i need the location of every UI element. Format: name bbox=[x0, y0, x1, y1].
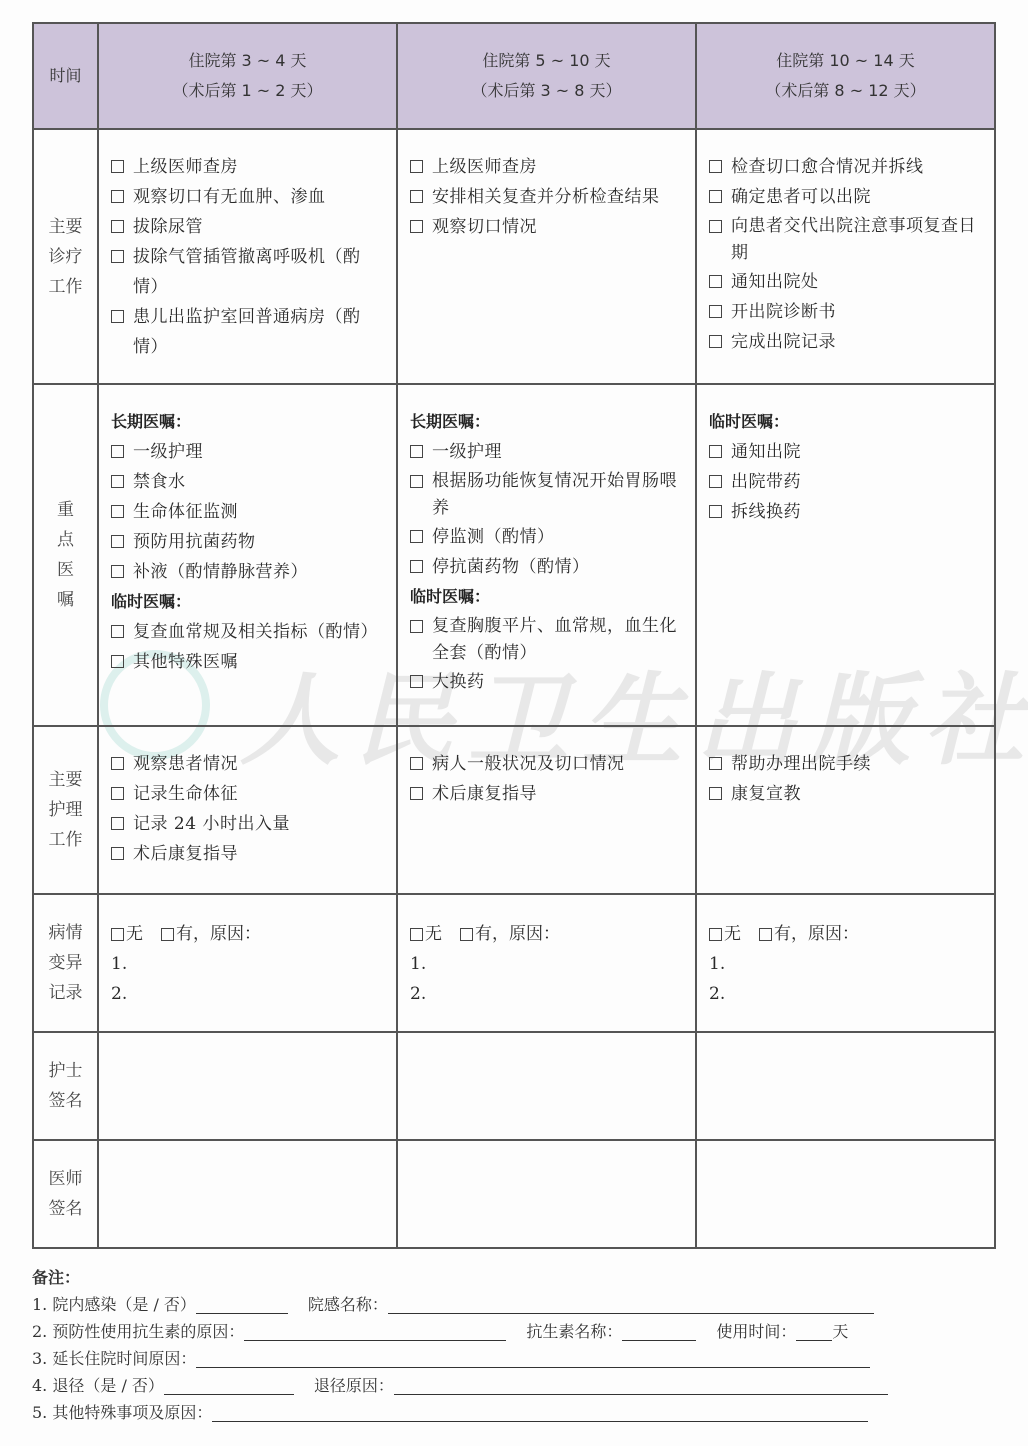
option-yes[interactable]: 有，原因： bbox=[460, 919, 560, 949]
checklist-item[interactable]: 检查切口愈合情况并拆线 bbox=[709, 152, 984, 182]
temporary-orders-title: 临时医嘱： bbox=[410, 582, 685, 612]
checkbox-icon[interactable] bbox=[410, 675, 423, 688]
item-label: 上级医师查房 bbox=[432, 152, 685, 182]
variation-reason-2[interactable]: 2. bbox=[111, 979, 386, 1009]
item-label: 术后康复指导 bbox=[133, 839, 386, 869]
variation-col-3: 无 有，原因： 1. 2. bbox=[696, 894, 995, 1032]
remarks-section: 备注： 1. 院内感染（是 / 否） 院感名称： 2. 预防性使用抗生素的原因：… bbox=[32, 1264, 888, 1426]
checkbox-icon[interactable] bbox=[709, 475, 722, 488]
checkbox-icon[interactable] bbox=[111, 757, 124, 770]
checkbox-icon[interactable] bbox=[709, 505, 722, 518]
row-label-nursing: 主要 护理 工作 bbox=[33, 726, 98, 894]
option-none-label: 无 bbox=[425, 919, 442, 949]
item-label: 观察切口有无血肿、渗血 bbox=[133, 182, 386, 212]
checkbox-icon[interactable] bbox=[111, 847, 124, 860]
checklist-item[interactable]: 补液（酌情静脉营养） bbox=[111, 557, 386, 587]
checkbox-icon[interactable] bbox=[111, 310, 124, 323]
label-line: 签名 bbox=[34, 1086, 97, 1116]
checkbox-icon[interactable] bbox=[161, 928, 174, 941]
option-none[interactable]: 无 bbox=[410, 919, 442, 949]
row-label-orders: 重 点 医 嘱 bbox=[33, 384, 98, 726]
checkbox-icon[interactable] bbox=[111, 655, 124, 668]
label-line: 护理 bbox=[34, 795, 97, 825]
item-label: 记录生命体征 bbox=[133, 779, 386, 809]
label-line: 重 bbox=[34, 495, 97, 525]
orders-col-1: 长期医嘱： 一级护理 禁食水 生命体征监测 预防用抗菌药物 补液（酌情静脉营养）… bbox=[98, 384, 397, 726]
checklist-item[interactable]: 通知出院处 bbox=[709, 267, 984, 297]
remark-2-label: 2. 预防性使用抗生素的原因： bbox=[32, 1318, 244, 1345]
checklist-item[interactable]: 停抗菌药物（酌情） bbox=[410, 552, 685, 582]
checklist-item[interactable]: 上级医师查房 bbox=[111, 152, 386, 182]
infection-yes-no-blank[interactable] bbox=[196, 1293, 288, 1314]
checkbox-icon[interactable] bbox=[709, 445, 722, 458]
checkbox-icon[interactable] bbox=[410, 160, 423, 173]
item-label: 拔除尿管 bbox=[133, 212, 386, 242]
diagnosis-col-1: 上级医师查房 观察切口有无血肿、渗血 拔除尿管 拔除气管插管撤离呼吸机（酌情） … bbox=[98, 129, 397, 384]
nurse-signature-col-1[interactable] bbox=[98, 1032, 397, 1140]
item-label: 确定患者可以出院 bbox=[731, 182, 984, 212]
checkbox-icon[interactable] bbox=[709, 275, 722, 288]
doctor-signature-col-2[interactable] bbox=[397, 1140, 696, 1248]
label-line: 护士 bbox=[34, 1056, 97, 1086]
checklist-item[interactable]: 预防用抗菌药物 bbox=[111, 527, 386, 557]
header-col-2-postop: （术后第 3 ~ 8 天） bbox=[398, 76, 695, 106]
checkbox-icon[interactable] bbox=[111, 565, 124, 578]
option-yes[interactable]: 有，原因： bbox=[161, 919, 261, 949]
checkbox-icon[interactable] bbox=[410, 475, 423, 488]
item-label: 病人一般状况及切口情况 bbox=[432, 749, 685, 779]
header-col-1: 住院第 3 ~ 4 天 （术后第 1 ~ 2 天） bbox=[98, 23, 397, 129]
antibiotic-name-label: 抗生素名称： bbox=[526, 1318, 622, 1345]
checklist-item[interactable]: 复查胸腹平片、血常规，血生化全套（酌情） bbox=[410, 612, 685, 667]
checklist-item[interactable]: 观察切口情况 bbox=[410, 212, 685, 242]
withdrawal-yes-no-blank[interactable] bbox=[164, 1374, 294, 1395]
row-nurse-signature: 护士 签名 bbox=[33, 1032, 995, 1140]
checkbox-icon[interactable] bbox=[460, 928, 473, 941]
checkbox-icon[interactable] bbox=[111, 505, 124, 518]
checklist-item[interactable]: 患儿出监护室回普通病房（酌情） bbox=[111, 302, 386, 362]
checkbox-icon[interactable] bbox=[410, 620, 423, 633]
item-label: 开出院诊断书 bbox=[731, 297, 984, 327]
checkbox-icon[interactable] bbox=[111, 445, 124, 458]
label-line: 变异 bbox=[34, 948, 97, 978]
item-label: 一级护理 bbox=[432, 437, 685, 467]
checkbox-icon[interactable] bbox=[111, 928, 124, 941]
checkbox-icon[interactable] bbox=[410, 190, 423, 203]
nurse-signature-col-2[interactable] bbox=[397, 1032, 696, 1140]
item-label: 生命体征监测 bbox=[133, 497, 386, 527]
checkbox-icon[interactable] bbox=[410, 928, 423, 941]
remark-4: 4. 退径（是 / 否） 退径原因： bbox=[32, 1372, 888, 1399]
row-nursing: 主要 护理 工作 观察患者情况 记录生命体征 记录 24 小时出入量 术后康复指… bbox=[33, 726, 995, 894]
row-label-variation: 病情 变异 记录 bbox=[33, 894, 98, 1032]
checklist-item[interactable]: 禁食水 bbox=[111, 467, 386, 497]
item-label: 通知出院 bbox=[731, 437, 984, 467]
checklist-item[interactable]: 拆线换药 bbox=[709, 497, 984, 527]
checkbox-icon[interactable] bbox=[410, 445, 423, 458]
checkbox-icon[interactable] bbox=[111, 817, 124, 830]
other-matters-blank[interactable] bbox=[212, 1401, 868, 1422]
checklist-item[interactable]: 观察患者情况 bbox=[111, 749, 386, 779]
remark-5-label: 5. 其他特殊事项及原因： bbox=[32, 1399, 212, 1426]
checklist-item[interactable]: 安排相关复查并分析检查结果 bbox=[410, 182, 685, 212]
checklist-item[interactable]: 帮助办理出院手续 bbox=[709, 749, 984, 779]
checkbox-icon[interactable] bbox=[709, 335, 722, 348]
label-line: 签名 bbox=[34, 1194, 97, 1224]
checkbox-icon[interactable] bbox=[410, 220, 423, 233]
item-label: 术后康复指导 bbox=[432, 779, 685, 809]
checkbox-icon[interactable] bbox=[111, 160, 124, 173]
infection-name-blank[interactable] bbox=[388, 1293, 874, 1314]
variation-options: 无 有，原因： bbox=[410, 919, 685, 949]
checkbox-icon[interactable] bbox=[111, 625, 124, 638]
remark-4-label: 4. 退径（是 / 否） bbox=[32, 1372, 164, 1399]
checkbox-icon[interactable] bbox=[759, 928, 772, 941]
checklist-item[interactable]: 出院带药 bbox=[709, 467, 984, 497]
checklist-item[interactable]: 生命体征监测 bbox=[111, 497, 386, 527]
item-label: 通知出院处 bbox=[731, 267, 984, 297]
remark-5: 5. 其他特殊事项及原因： bbox=[32, 1399, 888, 1426]
remark-3: 3. 延长住院时间原因： bbox=[32, 1345, 888, 1372]
checkbox-icon[interactable] bbox=[709, 160, 722, 173]
checklist-item[interactable]: 观察切口有无血肿、渗血 bbox=[111, 182, 386, 212]
item-label: 向患者交代出院注意事项复查日期 bbox=[731, 212, 984, 267]
header-col-3-days: 住院第 10 ~ 14 天 bbox=[697, 46, 994, 76]
variation-options: 无 有，原因： bbox=[111, 919, 386, 949]
checklist-item[interactable]: 其他特殊医嘱 bbox=[111, 647, 386, 677]
row-doctor-signature: 医师 签名 bbox=[33, 1140, 995, 1248]
label-line: 主要 bbox=[34, 765, 97, 795]
checkbox-icon[interactable] bbox=[111, 250, 124, 263]
header-col-1-postop: （术后第 1 ~ 2 天） bbox=[99, 76, 396, 106]
checklist-item[interactable]: 开出院诊断书 bbox=[709, 297, 984, 327]
item-label: 根据肠功能恢复情况开始胃肠喂养 bbox=[432, 467, 685, 522]
item-label: 安排相关复查并分析检查结果 bbox=[432, 182, 685, 212]
label-line: 工作 bbox=[34, 825, 97, 855]
nursing-col-2: 病人一般状况及切口情况 术后康复指导 bbox=[397, 726, 696, 894]
checklist-item[interactable]: 停监测（酌情） bbox=[410, 522, 685, 552]
header-col-3: 住院第 10 ~ 14 天 （术后第 8 ~ 12 天） bbox=[696, 23, 995, 129]
checklist-item[interactable]: 康复宣教 bbox=[709, 779, 984, 809]
checkbox-icon[interactable] bbox=[709, 190, 722, 203]
remarks-title: 备注： bbox=[32, 1264, 888, 1291]
row-label-diagnosis: 主要 诊疗 工作 bbox=[33, 129, 98, 384]
diagnosis-col-2: 上级医师查房 安排相关复查并分析检查结果 观察切口情况 bbox=[397, 129, 696, 384]
antibiotic-name-blank[interactable] bbox=[622, 1320, 696, 1341]
label-line: 点 bbox=[34, 525, 97, 555]
checklist-item[interactable]: 完成出院记录 bbox=[709, 327, 984, 357]
doctor-signature-col-1[interactable] bbox=[98, 1140, 397, 1248]
label-line: 记录 bbox=[34, 978, 97, 1008]
item-label: 拔除气管插管撤离呼吸机（酌情） bbox=[133, 242, 386, 302]
item-label: 大换药 bbox=[432, 667, 685, 697]
variation-reason-2[interactable]: 2. bbox=[709, 979, 984, 1009]
label-line: 医 bbox=[34, 555, 97, 585]
usage-time-blank[interactable] bbox=[796, 1320, 832, 1341]
header-col-1-days: 住院第 3 ~ 4 天 bbox=[99, 46, 396, 76]
remark-1-name-label: 院感名称： bbox=[308, 1291, 388, 1318]
item-label: 康复宣教 bbox=[731, 779, 984, 809]
option-none-label: 无 bbox=[724, 919, 741, 949]
withdrawal-reason-label: 退径原因： bbox=[314, 1372, 394, 1399]
item-label: 观察患者情况 bbox=[133, 749, 386, 779]
checkbox-icon[interactable] bbox=[410, 757, 423, 770]
header-col-2-days: 住院第 5 ~ 10 天 bbox=[398, 46, 695, 76]
orders-col-2: 长期医嘱： 一级护理 根据肠功能恢复情况开始胃肠喂养 停监测（酌情） 停抗菌药物… bbox=[397, 384, 696, 726]
remark-1: 1. 院内感染（是 / 否） 院感名称： bbox=[32, 1291, 888, 1318]
checklist-item[interactable]: 上级医师查房 bbox=[410, 152, 685, 182]
item-label: 记录 24 小时出入量 bbox=[133, 809, 386, 839]
extended-stay-reason-blank[interactable] bbox=[196, 1347, 870, 1368]
checklist-item[interactable]: 根据肠功能恢复情况开始胃肠喂养 bbox=[410, 467, 685, 522]
long-term-orders-title: 长期医嘱： bbox=[410, 407, 685, 437]
checklist-item[interactable]: 拔除尿管 bbox=[111, 212, 386, 242]
checkbox-icon[interactable] bbox=[709, 220, 722, 233]
item-label: 一级护理 bbox=[133, 437, 386, 467]
diagnosis-col-3: 检查切口愈合情况并拆线 确定患者可以出院 向患者交代出院注意事项复查日期 通知出… bbox=[696, 129, 995, 384]
option-yes-label: 有，原因： bbox=[176, 919, 261, 949]
checkbox-icon[interactable] bbox=[410, 787, 423, 800]
usage-time-label: 使用时间： bbox=[716, 1318, 796, 1345]
row-variation: 病情 变异 记录 无 有，原因： 1. 2. 无 有，原因： 1. 2. 无 有… bbox=[33, 894, 995, 1032]
checkbox-icon[interactable] bbox=[111, 535, 124, 548]
temporary-orders-title: 临时医嘱： bbox=[111, 587, 386, 617]
nurse-signature-col-3[interactable] bbox=[696, 1032, 995, 1140]
item-label: 检查切口愈合情况并拆线 bbox=[731, 152, 984, 182]
label-line: 工作 bbox=[34, 272, 97, 302]
item-label: 禁食水 bbox=[133, 467, 386, 497]
checkbox-icon[interactable] bbox=[709, 757, 722, 770]
checkbox-icon[interactable] bbox=[410, 530, 423, 543]
item-label: 复查血常规及相关指标（酌情） bbox=[133, 617, 386, 647]
header-time: 时间 bbox=[33, 23, 98, 129]
item-label: 上级医师查房 bbox=[133, 152, 386, 182]
checkbox-icon[interactable] bbox=[709, 928, 722, 941]
variation-reason-2[interactable]: 2. bbox=[410, 979, 685, 1009]
header-col-2: 住院第 5 ~ 10 天 （术后第 3 ~ 8 天） bbox=[397, 23, 696, 129]
checklist-item[interactable]: 向患者交代出院注意事项复查日期 bbox=[709, 212, 984, 267]
antibiotic-reason-blank[interactable] bbox=[244, 1320, 506, 1341]
label-line: 主要 bbox=[34, 212, 97, 242]
remark-1-label: 1. 院内感染（是 / 否） bbox=[32, 1291, 196, 1318]
variation-reason-1[interactable]: 1. bbox=[410, 949, 685, 979]
checklist-item[interactable]: 拔除气管插管撤离呼吸机（酌情） bbox=[111, 242, 386, 302]
withdrawal-reason-blank[interactable] bbox=[394, 1374, 888, 1395]
checklist-item[interactable]: 术后康复指导 bbox=[111, 839, 386, 869]
checkbox-icon[interactable] bbox=[410, 560, 423, 573]
checkbox-icon[interactable] bbox=[709, 305, 722, 318]
temporary-orders-title: 临时医嘱： bbox=[709, 407, 984, 437]
item-label: 完成出院记录 bbox=[731, 327, 984, 357]
label-line: 嘱 bbox=[34, 585, 97, 615]
label-line: 病情 bbox=[34, 918, 97, 948]
row-label-nurse-signature: 护士 签名 bbox=[33, 1032, 98, 1140]
row-diagnosis: 主要 诊疗 工作 上级医师查房 观察切口有无血肿、渗血 拔除尿管 拔除气管插管撤… bbox=[33, 129, 995, 384]
item-label: 帮助办理出院手续 bbox=[731, 749, 984, 779]
remark-3-label: 3. 延长住院时间原因： bbox=[32, 1345, 196, 1372]
checklist-item[interactable]: 记录 24 小时出入量 bbox=[111, 809, 386, 839]
nursing-col-3: 帮助办理出院手续 康复宣教 bbox=[696, 726, 995, 894]
variation-col-1: 无 有，原因： 1. 2. bbox=[98, 894, 397, 1032]
clinical-pathway-table: 时间 住院第 3 ~ 4 天 （术后第 1 ~ 2 天） 住院第 5 ~ 10 … bbox=[32, 22, 996, 1249]
checklist-item[interactable]: 复查血常规及相关指标（酌情） bbox=[111, 617, 386, 647]
item-label: 其他特殊医嘱 bbox=[133, 647, 386, 677]
item-label: 停监测（酌情） bbox=[432, 522, 685, 552]
item-label: 停抗菌药物（酌情） bbox=[432, 552, 685, 582]
label-line: 医师 bbox=[34, 1164, 97, 1194]
option-none[interactable]: 无 bbox=[111, 919, 143, 949]
row-orders: 重 点 医 嘱 长期医嘱： 一级护理 禁食水 生命体征监测 预防用抗菌药物 补液… bbox=[33, 384, 995, 726]
item-label: 复查胸腹平片、血常规，血生化全套（酌情） bbox=[432, 612, 685, 667]
option-none[interactable]: 无 bbox=[709, 919, 741, 949]
long-term-orders-title: 长期医嘱： bbox=[111, 407, 386, 437]
option-yes[interactable]: 有，原因： bbox=[759, 919, 859, 949]
checklist-item[interactable]: 术后康复指导 bbox=[410, 779, 685, 809]
variation-col-2: 无 有，原因： 1. 2. bbox=[397, 894, 696, 1032]
variation-reason-1[interactable]: 1. bbox=[111, 949, 386, 979]
doctor-signature-col-3[interactable] bbox=[696, 1140, 995, 1248]
item-label: 补液（酌情静脉营养） bbox=[133, 557, 386, 587]
remark-2: 2. 预防性使用抗生素的原因： 抗生素名称： 使用时间： 天 bbox=[32, 1318, 888, 1345]
item-label: 患儿出监护室回普通病房（酌情） bbox=[133, 302, 386, 362]
checkbox-icon[interactable] bbox=[709, 787, 722, 800]
item-label: 预防用抗菌药物 bbox=[133, 527, 386, 557]
checklist-item[interactable]: 确定患者可以出院 bbox=[709, 182, 984, 212]
nursing-col-1: 观察患者情况 记录生命体征 记录 24 小时出入量 术后康复指导 bbox=[98, 726, 397, 894]
checkbox-icon[interactable] bbox=[111, 190, 124, 203]
option-yes-label: 有，原因： bbox=[475, 919, 560, 949]
header-col-3-postop: （术后第 8 ~ 12 天） bbox=[697, 76, 994, 106]
row-label-doctor-signature: 医师 签名 bbox=[33, 1140, 98, 1248]
checklist-item[interactable]: 记录生命体征 bbox=[111, 779, 386, 809]
header-row: 时间 住院第 3 ~ 4 天 （术后第 1 ~ 2 天） 住院第 5 ~ 10 … bbox=[33, 23, 995, 129]
checkbox-icon[interactable] bbox=[111, 787, 124, 800]
checklist-item[interactable]: 大换药 bbox=[410, 667, 685, 697]
item-label: 拆线换药 bbox=[731, 497, 984, 527]
checklist-item[interactable]: 一级护理 bbox=[111, 437, 386, 467]
checkbox-icon[interactable] bbox=[111, 475, 124, 488]
checkbox-icon[interactable] bbox=[111, 220, 124, 233]
item-label: 出院带药 bbox=[731, 467, 984, 497]
option-none-label: 无 bbox=[126, 919, 143, 949]
checklist-item[interactable]: 通知出院 bbox=[709, 437, 984, 467]
usage-time-unit: 天 bbox=[832, 1318, 848, 1345]
label-line: 诊疗 bbox=[34, 242, 97, 272]
variation-options: 无 有，原因： bbox=[709, 919, 984, 949]
item-label: 观察切口情况 bbox=[432, 212, 685, 242]
orders-col-3: 临时医嘱： 通知出院 出院带药 拆线换药 bbox=[696, 384, 995, 726]
option-yes-label: 有，原因： bbox=[774, 919, 859, 949]
checklist-item[interactable]: 一级护理 bbox=[410, 437, 685, 467]
variation-reason-1[interactable]: 1. bbox=[709, 949, 984, 979]
checklist-item[interactable]: 病人一般状况及切口情况 bbox=[410, 749, 685, 779]
